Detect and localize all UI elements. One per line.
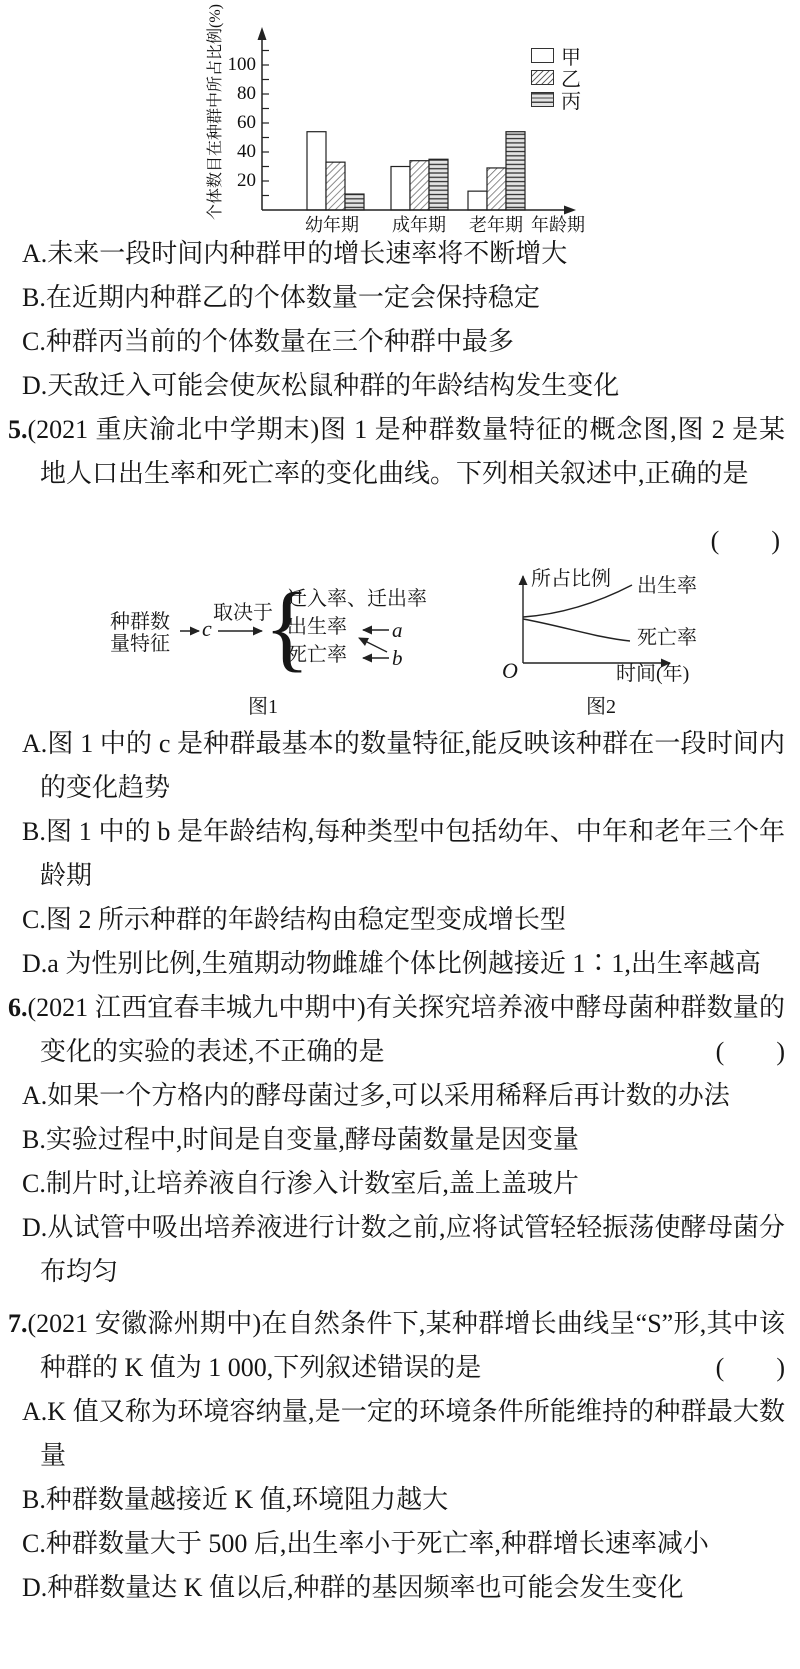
- bar-甲-老年期: [468, 191, 487, 210]
- fig1-item-migration-rates: 迁入率、迁出率: [287, 588, 427, 611]
- legend-swatch-horizontal-lines-icon: [531, 92, 554, 107]
- y-tick-label-40: 40: [222, 141, 256, 163]
- q7-option-c: C.种群数量大于 500 后,出生率小于死亡率,种群增长速率减小: [22, 1522, 785, 1566]
- y-tick-label-20: 20: [222, 170, 256, 192]
- q5-option-d: D.a 为性别比例,生殖期动物雌雄个体比例越接近 1∶1,出生率越高: [22, 942, 785, 986]
- option-text: 制片时,让培养液自行渗入计数室后,盖上盖玻片: [46, 1169, 579, 1198]
- q5-number: 5.: [8, 415, 28, 444]
- q5-stem-text: (2021 重庆渝北中学期末)图 1 是种群数量特征的概念图,图 2 是某地人口…: [28, 415, 786, 488]
- q6-stem-text: (2021 江西宜春丰城九中期中)有关探究培养液中酵母菌种群数量的变化的实验的表…: [28, 993, 786, 1066]
- fig1-item-death-rate: 死亡率: [287, 644, 347, 667]
- question-5-options: A.图 1 中的 c 是种群最基本的数量特征,能反映该种群在一段时间内的变化趋势…: [8, 722, 785, 986]
- option-text: 图 1 中的 b 是年龄结构,每种类型中包括幼年、中年和老年三个年龄期: [40, 817, 785, 890]
- x-axis-title: 年龄期: [531, 211, 585, 237]
- option-letter: A.: [22, 729, 47, 758]
- q4-option-d: D.天敌迁入可能会使灰松鼠种群的年龄结构发生变化: [22, 364, 785, 408]
- fig2-x-axis-label: 时间(年): [616, 663, 689, 686]
- q5-option-c: C.图 2 所示种群的年龄结构由稳定型变成增长型: [22, 898, 785, 942]
- fig1-node-c: c: [202, 616, 212, 641]
- option-letter: A.: [22, 1397, 47, 1426]
- option-letter: D.: [22, 1573, 47, 1602]
- fig2-death-curve-label: 死亡率: [637, 627, 697, 650]
- fig1-root-line2: 量特征: [110, 633, 170, 655]
- fig1-item-birth-rate: 出生率: [287, 616, 347, 639]
- option-letter: C.: [22, 1529, 46, 1558]
- x-category-label-老年期: 老年期: [456, 211, 536, 237]
- legend-label-丙: 丙: [561, 85, 581, 114]
- option-letter: B.: [22, 283, 46, 312]
- y-axis-ticks: [262, 51, 269, 196]
- q7-option-b: B.种群数量越接近 K 值,环境阻力越大: [22, 1478, 785, 1522]
- q7-stem-text: (2021 安徽滁州期中)在自然条件下,某种群增长曲线呈“S”形,其中该种群的 …: [28, 1309, 786, 1382]
- bar-丙-成年期: [429, 159, 448, 210]
- option-text: 从试管中吸出培养液进行计数之前,应将试管轻轻振荡使酵母菌分布均匀: [40, 1213, 785, 1286]
- q6-stem: 6.(2021 江西宜春丰城九中期中)有关探究培养液中酵母菌种群数量的变化的实验…: [8, 986, 785, 1074]
- option-text: 天敌迁入可能会使灰松鼠种群的年龄结构发生变化: [47, 371, 619, 400]
- fig2-y-axis-label: 所占比例: [531, 568, 611, 591]
- chart-legend: 甲乙丙: [531, 44, 581, 110]
- q7-stem: 7.(2021 安徽滁州期中)在自然条件下,某种群增长曲线呈“S”形,其中该种群…: [8, 1302, 785, 1390]
- q4-bar-chart: 个体数目在种群中所占比例(%) 20406080100 幼年期成年期老年期 年龄…: [0, 0, 800, 232]
- q7-answer-bracket: ( ): [716, 1346, 785, 1390]
- option-letter: D.: [22, 371, 47, 400]
- fig2-birth-curve-label: 出生率: [637, 575, 697, 598]
- fig2-death-rate-curve: [523, 619, 630, 641]
- fig1-node-b: b: [392, 646, 403, 670]
- bars-group: [307, 132, 525, 210]
- option-text: 如果一个方格内的酵母菌过多,可以采用稀释后再计数的办法: [47, 1081, 730, 1110]
- q4-option-a: A.未来一段时间内种群甲的增长速率将不断增大: [22, 232, 785, 276]
- bar-甲-幼年期: [307, 132, 326, 210]
- fig2-origin-label: O: [502, 658, 518, 683]
- option-text: 种群数量越接近 K 值,环境阻力越大: [46, 1485, 448, 1514]
- bar-乙-老年期: [487, 168, 506, 210]
- option-letter: C.: [22, 1169, 46, 1198]
- option-letter: B.: [22, 1125, 46, 1154]
- option-letter: B.: [22, 1485, 46, 1514]
- option-text: a 为性别比例,生殖期动物雌雄个体比例越接近 1∶1,出生率越高: [47, 949, 761, 978]
- option-letter: C.: [22, 327, 46, 356]
- question-4-options: A.未来一段时间内种群甲的增长速率将不断增大 B.在近期内种群乙的个体数量一定会…: [8, 232, 785, 408]
- q6-answer-bracket: ( ): [716, 1030, 785, 1074]
- fig2-caption: 图2: [586, 696, 616, 719]
- option-letter: A.: [22, 239, 47, 268]
- q6-option-b: B.实验过程中,时间是自变量,酵母菌数量是因变量: [22, 1118, 785, 1162]
- q7-option-d: D.种群数量达 K 值以后,种群的基因频率也可能会发生变化: [22, 1566, 785, 1610]
- q4-option-b: B.在近期内种群乙的个体数量一定会保持稳定: [22, 276, 785, 320]
- fig1-caption: 图1: [248, 696, 278, 719]
- fig1-node-a: a: [392, 618, 403, 642]
- option-text: 实验过程中,时间是自变量,酵母菌数量是因变量: [46, 1125, 579, 1154]
- option-text: 在近期内种群乙的个体数量一定会保持稳定: [46, 283, 540, 312]
- option-text: 种群数量达 K 值以后,种群的基因频率也可能会发生变化: [47, 1573, 683, 1602]
- q5-option-a: A.图 1 中的 c 是种群最基本的数量特征,能反映该种群在一段时间内的变化趋势: [22, 722, 785, 810]
- fig1-root-line1: 种群数: [110, 611, 170, 633]
- y-tick-label-100: 100: [222, 54, 256, 76]
- legend-item-丙: 丙: [531, 88, 581, 110]
- option-text: 未来一段时间内种群甲的增长速率将不断增大: [47, 239, 567, 268]
- q7-number: 7.: [8, 1309, 28, 1338]
- fig1-arrow-b-to-birth: [359, 638, 387, 652]
- q5-stem: 5.(2021 重庆渝北中学期末)图 1 是种群数量特征的概念图,图 2 是某地…: [8, 408, 785, 496]
- option-letter: C.: [22, 905, 46, 934]
- option-text: 图 2 所示种群的年龄结构由稳定型变成增长型: [46, 905, 566, 934]
- bar-丙-老年期: [506, 132, 525, 210]
- x-category-label-幼年期: 幼年期: [292, 211, 372, 237]
- exam-page: 个体数目在种群中所占比例(%) 20406080100 幼年期成年期老年期 年龄…: [0, 0, 800, 1669]
- q5-option-b: B.图 1 中的 b 是年龄结构,每种类型中包括幼年、中年和老年三个年龄期: [22, 810, 785, 898]
- chart-canvas: [0, 0, 800, 232]
- q5-answer-bracket: ( ): [711, 526, 780, 556]
- q6-option-a: A.如果一个方格内的酵母菌过多,可以采用稀释后再计数的办法: [22, 1074, 785, 1118]
- q6-option-d: D.从试管中吸出培养液进行计数之前,应将试管轻轻振荡使酵母菌分布均匀: [22, 1206, 785, 1294]
- fig1-root-node: 种群数 量特征: [110, 611, 170, 655]
- bar-甲-成年期: [391, 167, 410, 211]
- option-text: 图 1 中的 c 是种群最基本的数量特征,能反映该种群在一段时间内的变化趋势: [40, 729, 785, 802]
- q6-number: 6.: [8, 993, 28, 1022]
- option-text: 种群数量大于 500 后,出生率小于死亡率,种群增长速率减小: [46, 1529, 709, 1558]
- q7-option-a: A.K 值又称为环境容纳量,是一定的环境条件所能维持的种群最大数量: [22, 1390, 785, 1478]
- y-tick-label-60: 60: [222, 112, 256, 134]
- q5-figures: ( ) 种群数 量特征 c 取决于 { 迁入率、迁出率 出生率 死亡率 a b …: [0, 496, 800, 722]
- y-tick-label-80: 80: [222, 83, 256, 105]
- option-text: K 值又称为环境容纳量,是一定的环境条件所能维持的种群最大数量: [40, 1397, 785, 1470]
- q6-option-c: C.制片时,让培养液自行渗入计数室后,盖上盖玻片: [22, 1162, 785, 1206]
- question-6: 6.(2021 江西宜春丰城九中期中)有关探究培养液中酵母菌种群数量的变化的实验…: [8, 986, 785, 1294]
- question-7: 7.(2021 安徽滁州期中)在自然条件下,某种群增长曲线呈“S”形,其中该种群…: [8, 1302, 785, 1610]
- y-axis-arrow-icon: [258, 27, 267, 40]
- legend-swatch-plain-icon: [531, 48, 554, 63]
- q4-option-c: C.种群丙当前的个体数量在三个种群中最多: [22, 320, 785, 364]
- option-letter: D.: [22, 1213, 47, 1242]
- x-category-label-成年期: 成年期: [379, 211, 459, 237]
- option-text: 种群丙当前的个体数量在三个种群中最多: [46, 327, 514, 356]
- bar-乙-幼年期: [326, 162, 345, 210]
- option-letter: D.: [22, 949, 47, 978]
- question-5: 5.(2021 重庆渝北中学期末)图 1 是种群数量特征的概念图,图 2 是某地…: [8, 408, 785, 496]
- legend-swatch-diagonal-hatch-icon: [531, 70, 554, 85]
- bar-乙-成年期: [410, 161, 429, 210]
- bar-丙-幼年期: [345, 194, 364, 210]
- option-letter: A.: [22, 1081, 47, 1110]
- option-letter: B.: [22, 817, 46, 846]
